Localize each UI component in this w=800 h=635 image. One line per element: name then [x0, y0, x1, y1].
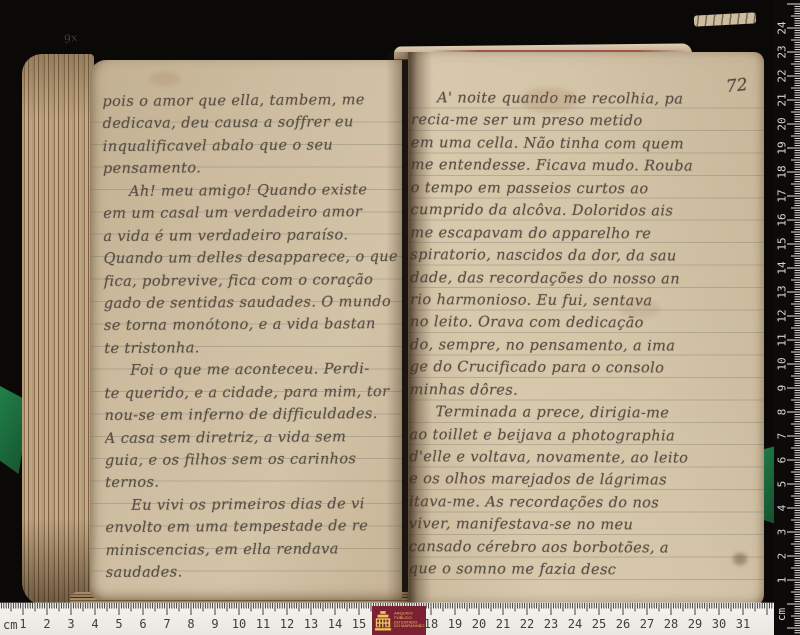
ruler-number: 30: [712, 617, 726, 631]
handwritten-line: se torna monótono, e a vida bastan: [104, 313, 398, 337]
handwritten-line: dade, das recordações do nosso an: [410, 267, 758, 291]
left-page-text: pois o amor que ella, tambem, mededicava…: [90, 60, 402, 585]
ruler-number: 16: [776, 213, 789, 227]
archive-logo-text: ARQUIVO PÚBLICO DO ESTADO DO MARANHÃO: [394, 612, 424, 629]
handwritten-line: que o somno me fazia desc: [409, 558, 757, 582]
ruler-number: 23: [544, 617, 558, 631]
ruler-number: 2: [776, 549, 789, 563]
handwritten-line: Ah! meu amigo! Quando existe: [103, 179, 397, 203]
handwritten-line: ao toillet e beijava a photographia: [409, 424, 757, 448]
handwritten-line: cumprido da alcôva. Doloridos ais: [410, 199, 758, 223]
handwritten-line: no leito. Orava com dedicação: [410, 311, 758, 335]
handwritten-line: me escapavam do apparelho re: [410, 222, 758, 246]
ruler-number: 24: [568, 617, 582, 631]
handwritten-line: A' noite quando me recolhia, pa: [411, 87, 759, 111]
handwritten-line: ternos.: [105, 470, 399, 494]
ruler-number: 26: [616, 617, 630, 631]
ruler-number: 10: [232, 617, 246, 631]
ruler-number: 28: [664, 617, 678, 631]
handwritten-line: gado de sentidas saudades. O mundo: [104, 291, 398, 315]
ruler-number: 5: [115, 617, 122, 631]
ruler-number: 13: [776, 285, 789, 299]
handwritten-line: envolto em uma tempestade de re: [105, 515, 399, 539]
handwritten-line: cansado cérebro aos borbotões, a: [409, 536, 757, 560]
ruler-number: 6: [776, 453, 789, 467]
page-edge-ink-marks: [694, 12, 756, 26]
handwritten-line: a vida é um verdadeiro paraíso.: [103, 224, 397, 248]
ruler-number: 7: [776, 429, 789, 443]
handwritten-line: A casa sem diretriz, a vida sem: [105, 425, 399, 449]
ruler-number: 17: [776, 189, 789, 203]
ruler-number: 14: [328, 617, 342, 631]
corner-pencil-mark: 9x: [63, 31, 79, 47]
handwritten-line: nou-se em inferno de difficuldades.: [105, 403, 399, 427]
handwritten-line: itava-me. As recordações do nos: [409, 491, 757, 515]
ruler-number: 14: [776, 261, 789, 275]
handwritten-line: do, sempre, no pensamento, a ima: [410, 334, 758, 358]
ruler-number: 6: [139, 617, 146, 631]
handwritten-line: te querido, e a cidade, para mim, tor: [104, 381, 398, 405]
right-page-text: A' noite quando me recolhia, parecia-me …: [408, 52, 764, 583]
handwritten-line: miniscencias, em ella rendava: [106, 538, 400, 562]
ruler-number: 10: [776, 357, 789, 371]
ruler-number: 22: [520, 617, 534, 631]
ruler-number: 23: [776, 45, 789, 59]
ruler-number: 5: [776, 477, 789, 491]
ruler-number: 15: [352, 617, 366, 631]
ruler-number: 19: [776, 141, 789, 155]
ruler-number: 7: [163, 617, 170, 631]
ruler-number: 8: [187, 617, 194, 631]
ruler-number: 13: [304, 617, 318, 631]
ruler-number: 29: [688, 617, 702, 631]
handwritten-line: viver, manifestava-se no meu: [409, 513, 757, 537]
ruler-number: 4: [91, 617, 98, 631]
ruler-number: 12: [776, 309, 789, 323]
ruler-number: 15: [776, 237, 789, 251]
handwritten-line: minhas dôres.: [410, 379, 758, 403]
handwritten-line: o tempo em passeios curtos ao: [411, 177, 759, 201]
handwritten-line: te tristonha.: [104, 336, 398, 360]
handwritten-line: saudades.: [106, 560, 400, 584]
handwritten-line: spiratorio, nascidos da dor, da sau: [410, 244, 758, 268]
handwritten-line: em um casal um verdadeiro amor: [103, 201, 397, 225]
handwritten-line: me entendesse. Ficava mudo. Rouba: [411, 154, 759, 178]
ruler-number: 8: [776, 405, 789, 419]
handwritten-line: ge do Crucificado para o consolo: [410, 356, 758, 380]
ruler-number: 1: [19, 617, 26, 631]
ruler-number: 31: [736, 617, 750, 631]
handwritten-line: inqualificavel abalo que o seu: [103, 134, 397, 158]
ruler-number: 9: [776, 381, 789, 395]
handwritten-line: Eu vivi os primeiros dias de vi: [105, 493, 399, 517]
ruler-number: 25: [592, 617, 606, 631]
ruler-number: 3: [776, 525, 789, 539]
ruler-number: 20: [472, 617, 486, 631]
handwritten-line: Terminada a prece, dirigia-me: [409, 401, 757, 425]
ruler-number: 22: [776, 69, 789, 83]
ruler-number: 24: [776, 21, 789, 35]
right-ruler: 242322212019181716151413121110987654321 …: [774, 0, 800, 635]
page-edge-stack: [22, 54, 94, 606]
left-page: pois o amor que ella, tambem, mededicava…: [90, 60, 402, 600]
handwritten-line: Quando um delles desapparece, o que: [103, 246, 397, 270]
ruler-number: 11: [776, 333, 789, 347]
ruler-number: 4: [776, 501, 789, 515]
handwritten-line: Foi o que me aconteceu. Perdi-: [104, 358, 398, 382]
handwritten-line: pois o amor que ella, tambem, me: [102, 89, 396, 113]
ruler-unit-label: cm: [3, 618, 17, 632]
archive-logo: ARQUIVO PÚBLICO DO ESTADO DO MARANHÃO: [372, 606, 426, 635]
ruler-number: 18: [776, 165, 789, 179]
handwritten-line: recia-me ser um preso metido: [411, 110, 759, 134]
archive-building-icon: [374, 610, 392, 632]
ruler-unit-label: cm: [775, 608, 788, 621]
manuscript-photo: pois o amor que ella, tambem, mededicava…: [0, 0, 800, 635]
handwritten-line: fica, pobrevive, fica com o coração: [104, 268, 398, 292]
handwritten-line: em uma cella. Não tinha com quem: [411, 132, 759, 156]
handwritten-line: rio harmonioso. Eu fui, sentava: [410, 289, 758, 313]
ruler-number: 3: [67, 617, 74, 631]
handwritten-line: pensamento.: [103, 156, 397, 180]
handwritten-line: guia, e os filhos sem os carinhos: [105, 448, 399, 472]
handwritten-line: e os olhos marejados de lágrimas: [409, 469, 757, 493]
handwritten-line: d'elle e voltava, novamente, ao leito: [409, 446, 757, 470]
ruler-number: 12: [280, 617, 294, 631]
ruler-number: 27: [640, 617, 654, 631]
ruler-number: 19: [448, 617, 462, 631]
ruler-number: 20: [776, 117, 789, 131]
ruler-number: 1: [776, 573, 789, 587]
ruler-number: 21: [496, 617, 510, 631]
handwritten-line: dedicava, deu causa a soffrer eu: [103, 111, 397, 135]
ruler-number: 11: [256, 617, 270, 631]
ruler-number: 21: [776, 93, 789, 107]
ruler-number: 2: [43, 617, 50, 631]
ruler-number: 9: [211, 617, 218, 631]
right-page: 72 A' noite quando me recolhia, parecia-…: [408, 52, 764, 608]
